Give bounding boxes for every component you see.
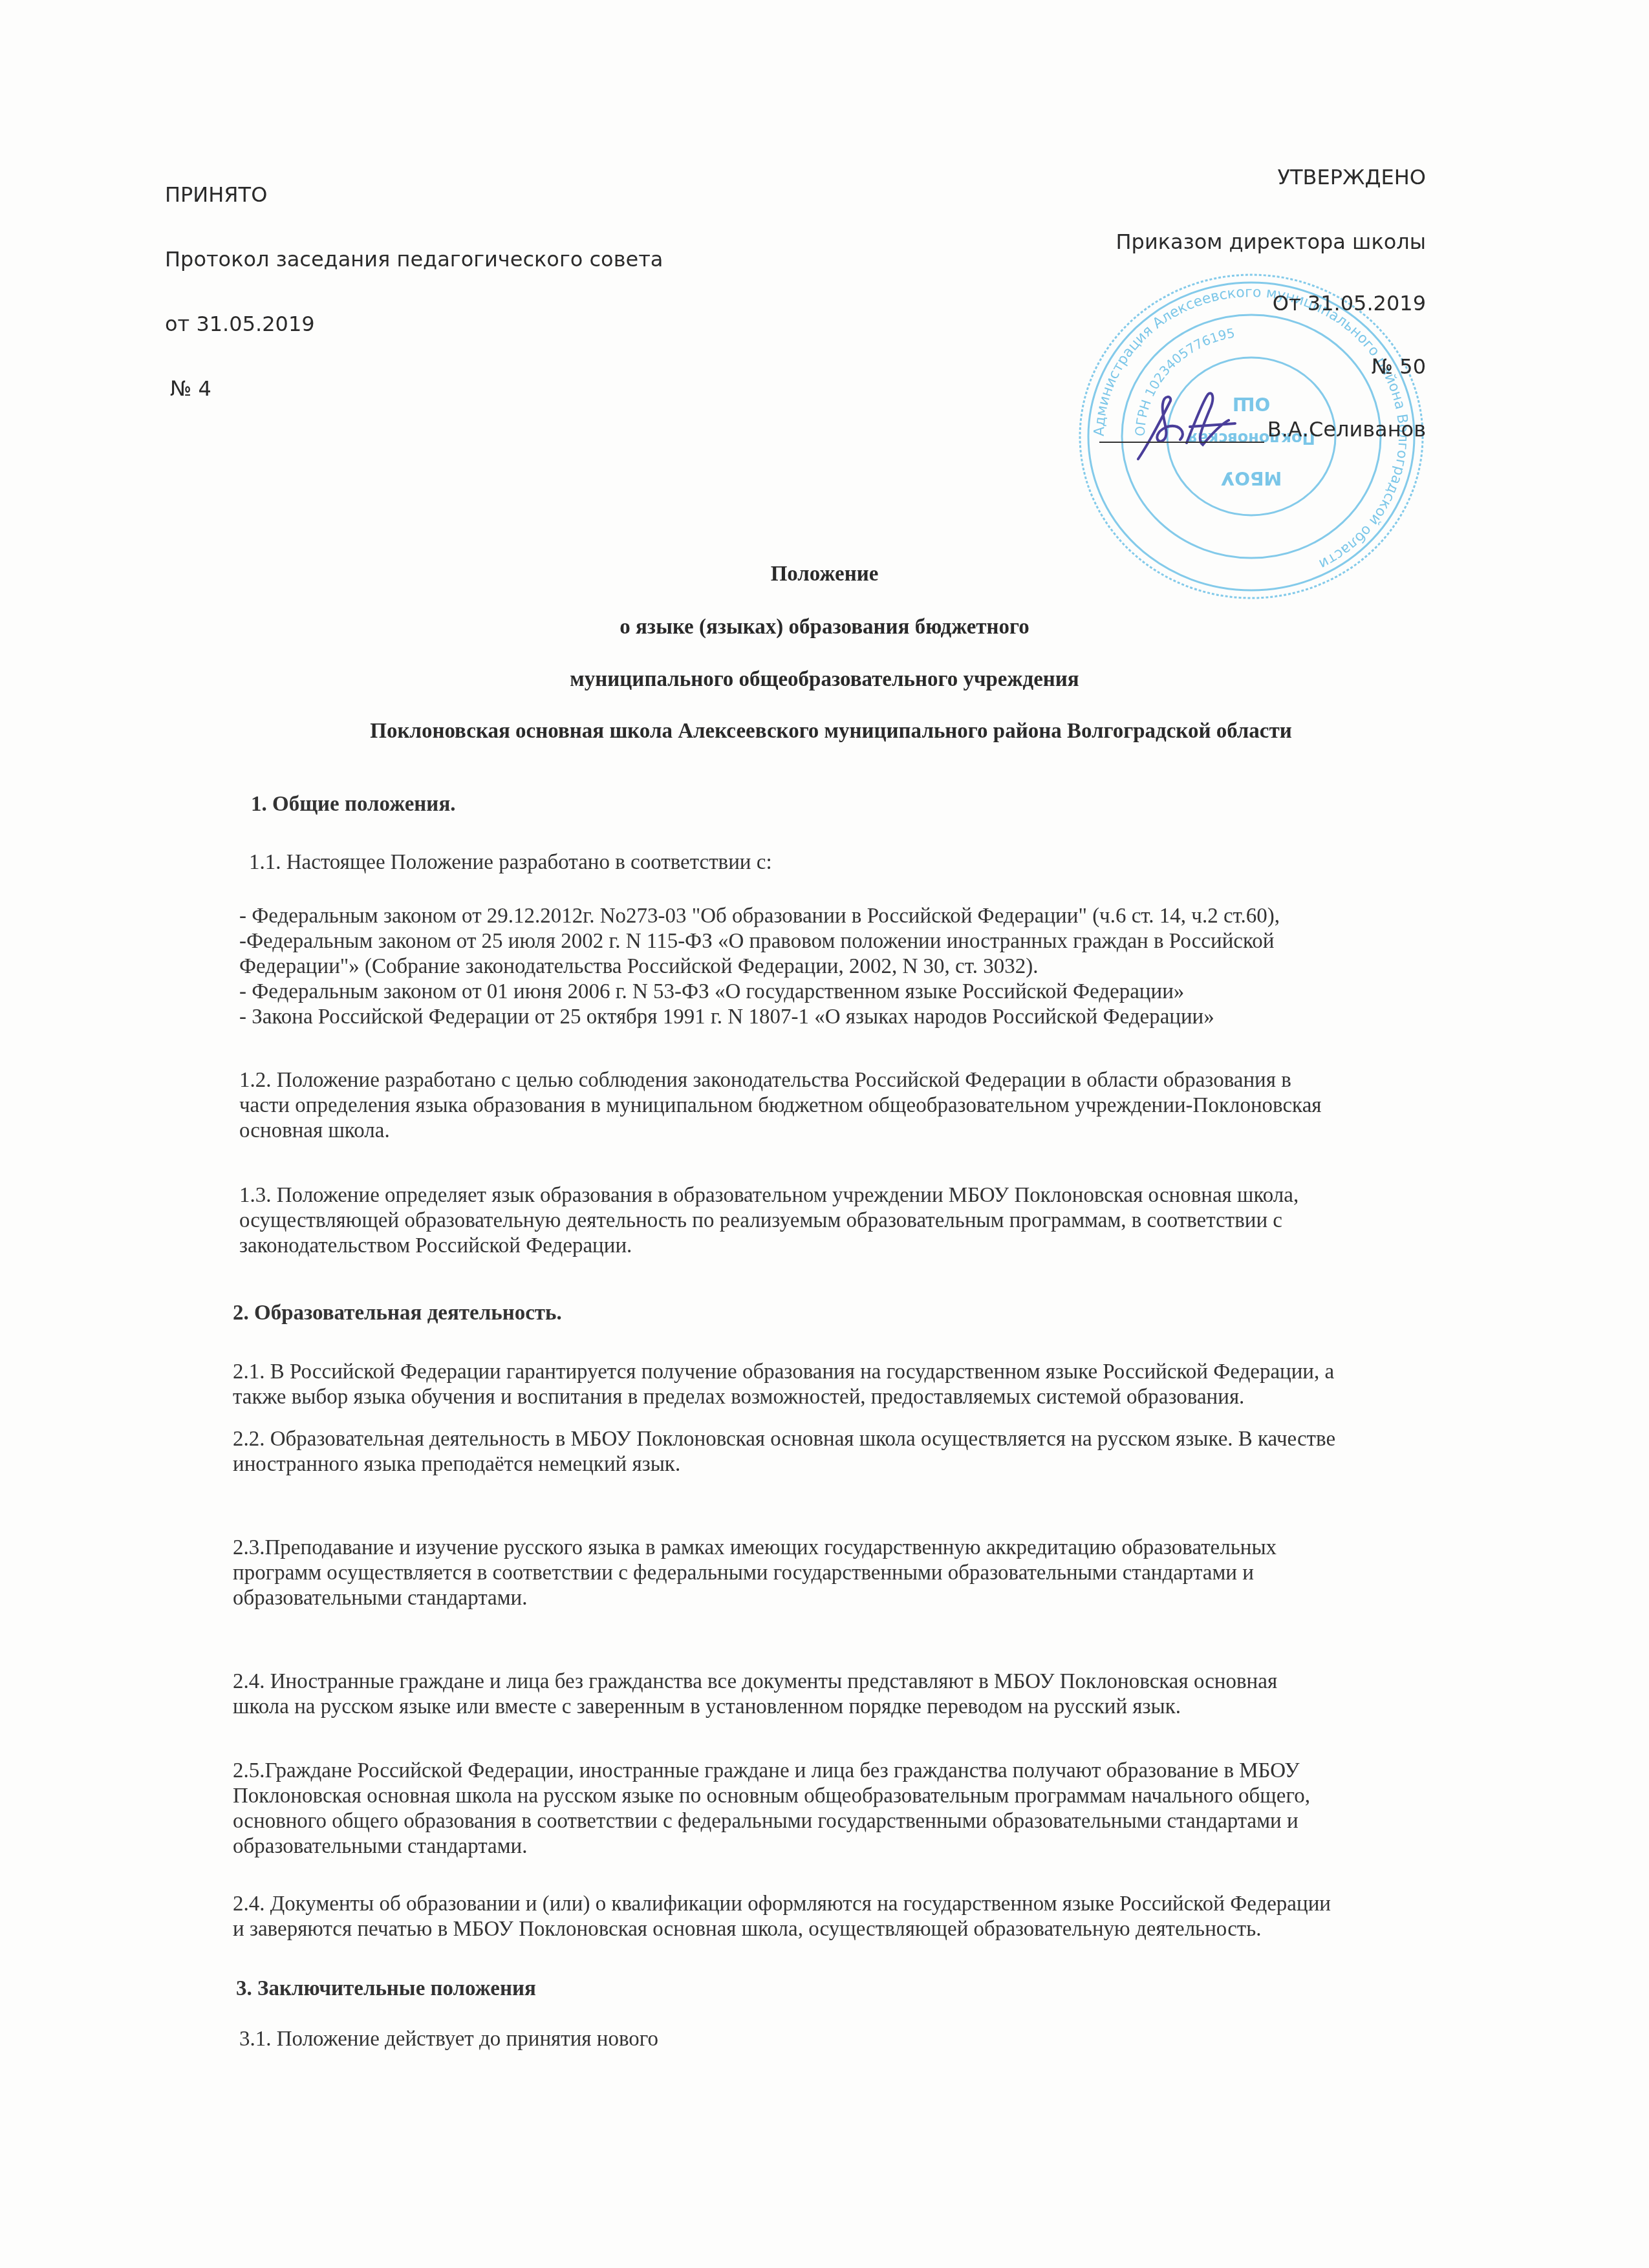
paragraph-1-3: осуществляющей образовательную деятельно… [239, 1208, 1282, 1234]
paragraph-1-1: 1.1. Настоящее Положение разработано в с… [249, 850, 772, 875]
paragraph-2-1: 2.1. В Российской Федерации гарантируетс… [233, 1360, 1334, 1385]
paragraph-1-2: 1.2. Положение разработано с целью соблю… [239, 1068, 1291, 1093]
paragraph-2-3: образовательными стандартами. [233, 1586, 527, 1611]
paragraph-2-2: 2.2. Образовательная деятельность в МБОУ… [233, 1427, 1335, 1452]
law-item: - Закона Российской Федерации от 25 октя… [239, 1005, 1214, 1030]
paragraph-1-2: основная школа. [239, 1118, 390, 1144]
section-3-heading: 3. Заключительные положения [236, 1976, 536, 2002]
paragraph-2-3: программ осуществляется в соответствии с… [233, 1561, 1254, 1586]
paragraph-1-3: законодательством Российской Федерации. [239, 1234, 632, 1259]
paragraph-2-5: образовательными стандартами. [233, 1834, 527, 1859]
document-body: 1. Общие положения. 1.1. Настоящее Полож… [0, 0, 1649, 2268]
law-item: - Федеральным законом от 29.12.2012г. No… [239, 904, 1280, 929]
paragraph-2-5: 2.5.Граждане Российской Федерации, иност… [233, 1759, 1300, 1784]
section-1-heading: 1. Общие положения. [251, 792, 455, 817]
paragraph-2-1: также выбор языка обучения и воспитания … [233, 1385, 1244, 1410]
paragraph-1-2: части определения языка образования в му… [239, 1093, 1321, 1118]
paragraph-2-4-certificates: и заверяются печатью в МБОУ Поклоновская… [233, 1917, 1262, 1942]
paragraph-2-5: основного общего образования в соответст… [233, 1809, 1299, 1834]
paragraph-1-3: 1.3. Положение определяет язык образован… [239, 1183, 1299, 1208]
paragraph-2-4-documents: школа на русском языке или вместе с заве… [233, 1695, 1181, 1720]
paragraph-2-4-documents: 2.4. Иностранные граждане и лица без гра… [233, 1669, 1277, 1695]
law-item: - Федеральным законом от 01 июня 2006 г.… [239, 979, 1184, 1005]
paragraph-3-1: 3.1. Положение действует до принятия нов… [239, 2027, 658, 2052]
law-item: -Федеральным законом от 25 июля 2002 г. … [239, 929, 1274, 954]
paragraph-2-2: иностранного языка преподаётся немецкий … [233, 1452, 680, 1477]
paragraph-2-3: 2.3.Преподавание и изучение русского язы… [233, 1535, 1277, 1561]
section-2-heading: 2. Образовательная деятельность. [233, 1301, 562, 1326]
paragraph-2-4-certificates: 2.4. Документы об образовании и (или) о … [233, 1892, 1331, 1917]
law-item: Федерации"» (Собрание законодательства Р… [239, 954, 1038, 979]
paragraph-2-5: Поклоновская основная школа на русском я… [233, 1784, 1310, 1809]
